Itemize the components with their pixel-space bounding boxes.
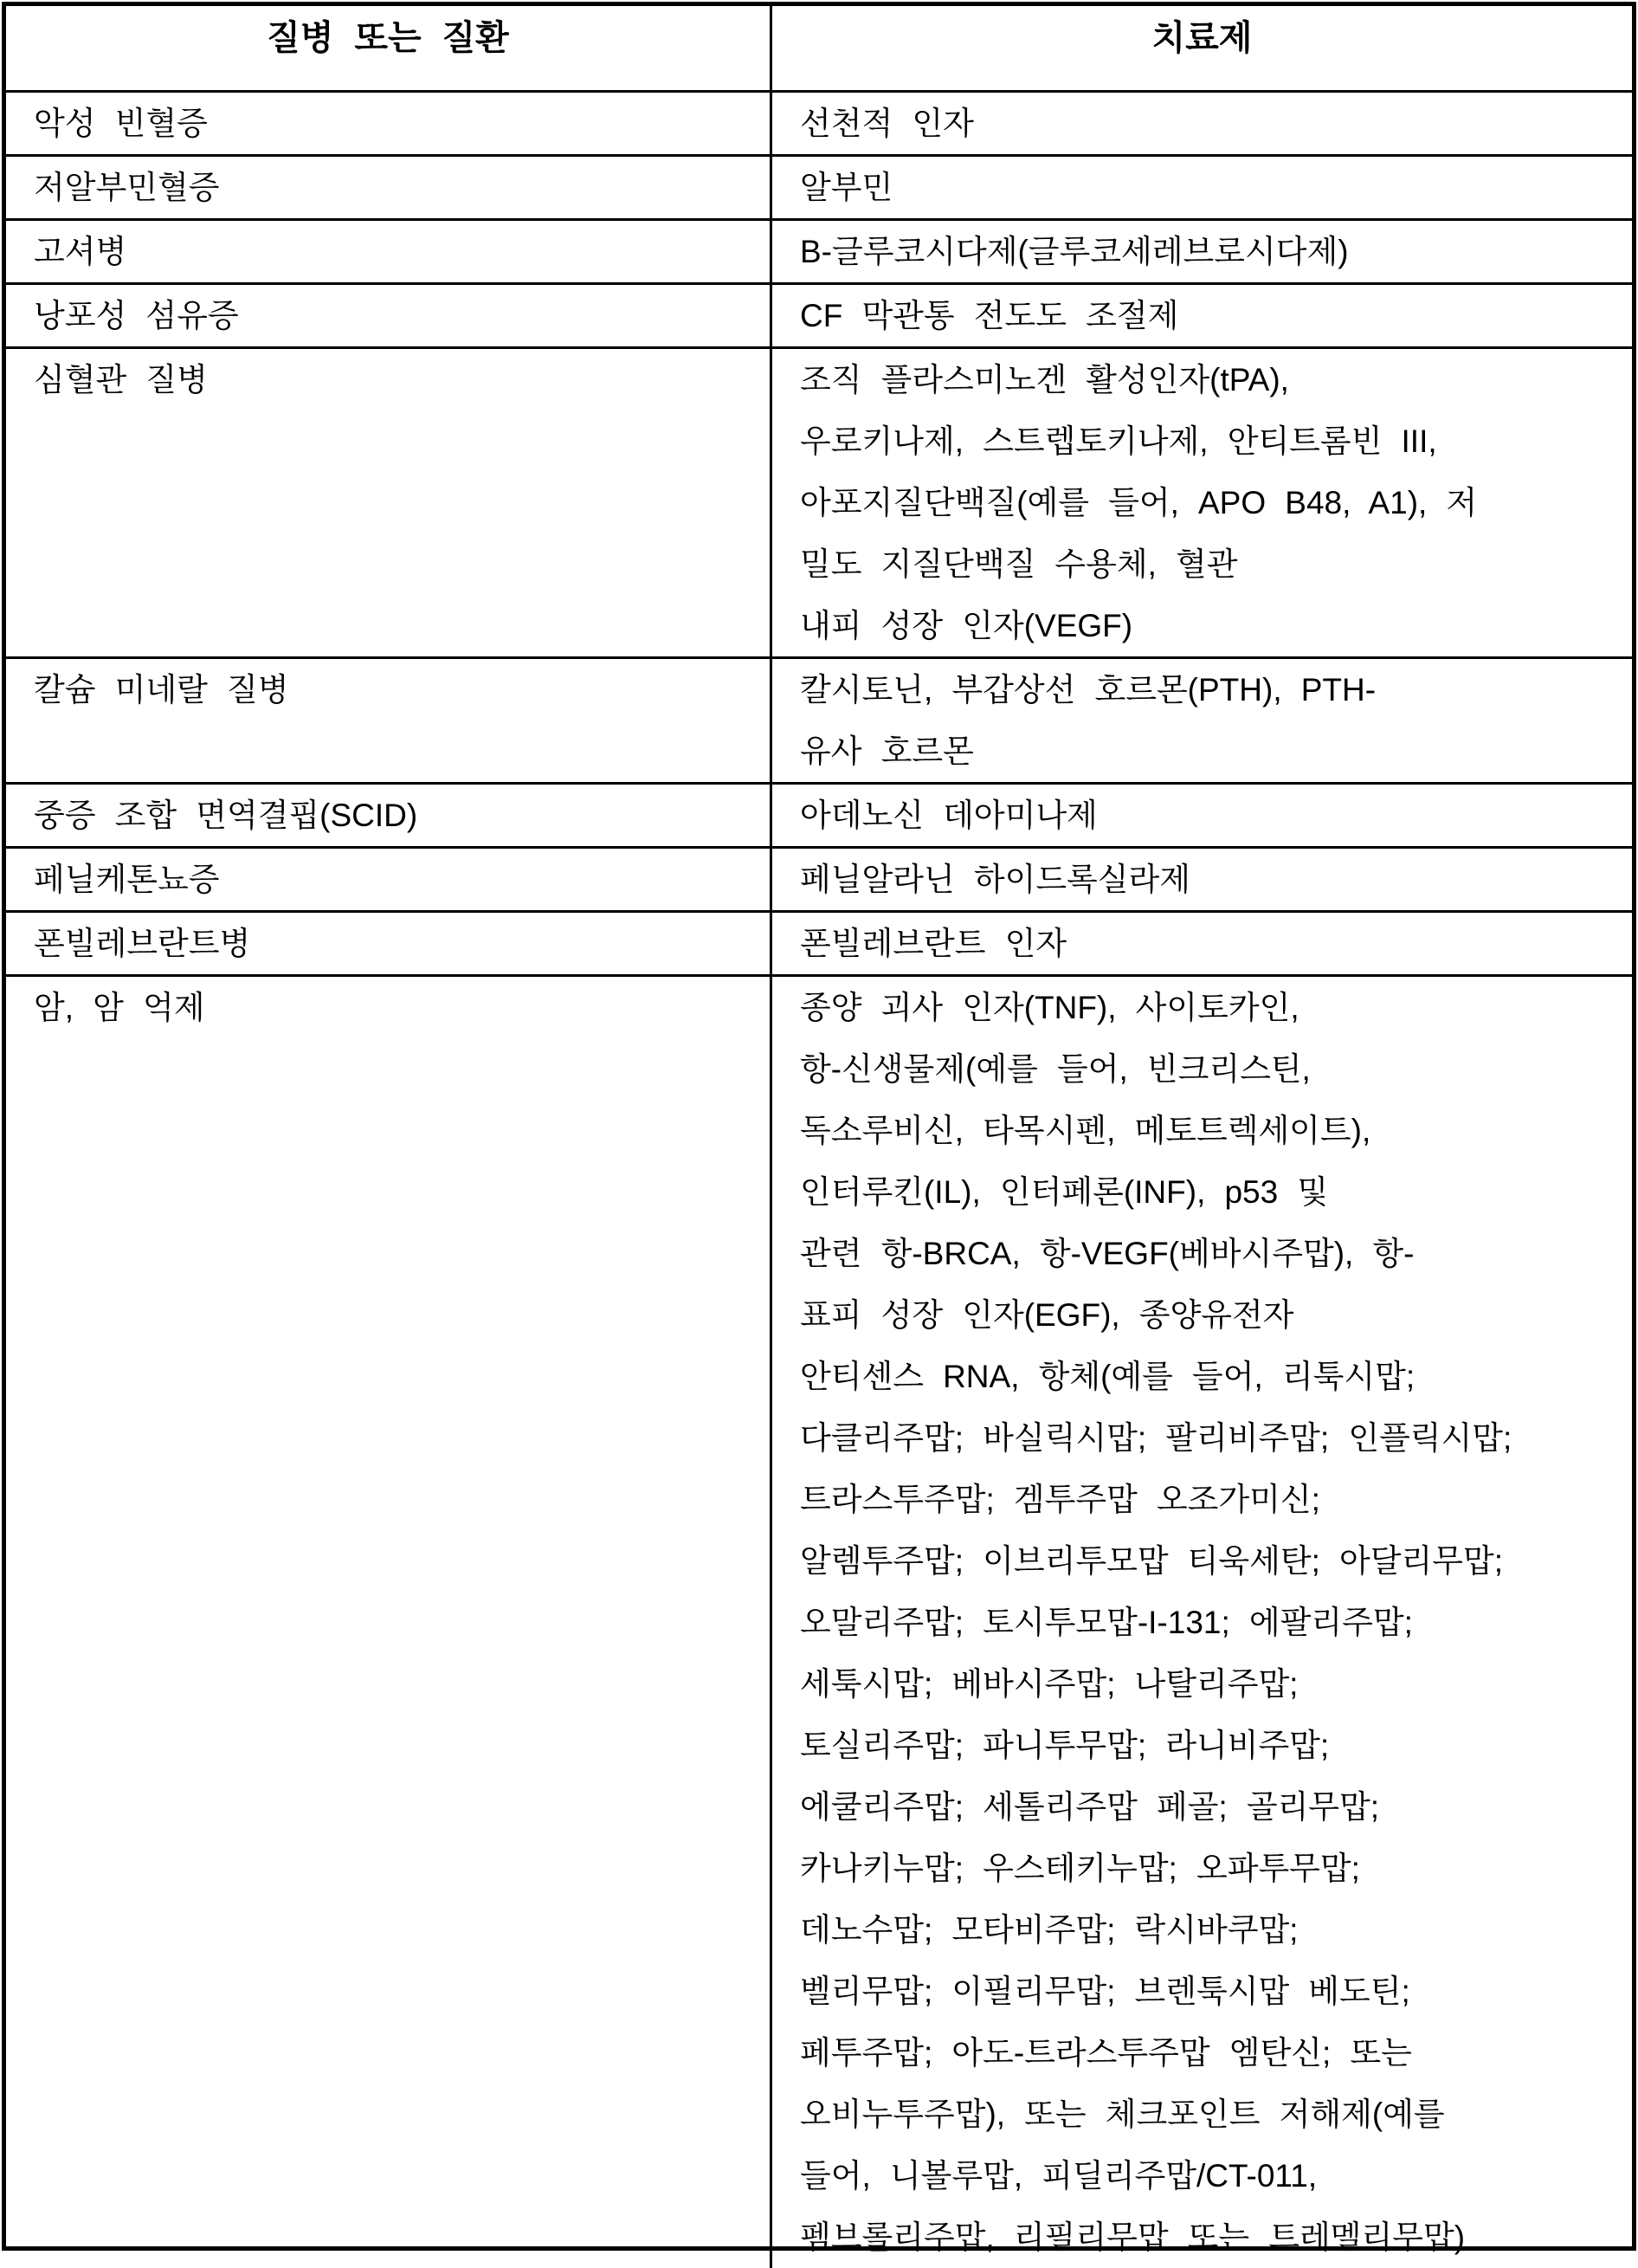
disease-label: 고셔병 bbox=[34, 221, 770, 282]
treatment-line: 아포지질단백질(예를 들어, APO B48, A1), 저 bbox=[800, 472, 1632, 533]
treatment-line: 들어, 니볼루맙, 피딜리주맙/CT-011, bbox=[800, 2145, 1632, 2207]
treatment-column-header: 치료제 bbox=[772, 13, 1632, 63]
treatment-line: 벨리무맙; 이필리무맙; 브렌툭시맙 베도틴; bbox=[800, 1961, 1632, 2022]
disease-treatment-table: 질병 또는 질환 치료제 악성 빈혈증 선천적 인자 저알부민혈증 알부민 고셔… bbox=[2, 2, 1636, 2251]
treatment-line: 오비누투주맙), 또는 체크포인트 저해제(예를 bbox=[800, 2084, 1632, 2145]
treatment-line: 페투주맙; 아도-트라스투주맙 엠탄신; 또는 bbox=[800, 2022, 1632, 2084]
table-row: 중증 조합 면역결핍(SCID) 아데노신 데아미나제 bbox=[6, 785, 1632, 849]
treatment-cell: 종양 괴사 인자(TNF), 사이토카인,항-신생물제(예를 들어, 빈크리스틴… bbox=[772, 977, 1632, 2268]
table-row: 폰빌레브란트병 폰빌레브란트 인자 bbox=[6, 913, 1632, 977]
treatment-line: 내피 성장 인자(VEGF) bbox=[800, 595, 1632, 656]
treatment-line: 폰빌레브란트 인자 bbox=[800, 913, 1632, 974]
disease-label: 중증 조합 면역결핍(SCID) bbox=[34, 785, 770, 846]
treatment-cell: 선천적 인자 bbox=[772, 93, 1632, 154]
treatment-line: 밀도 지질단백질 수용체, 혈관 bbox=[800, 533, 1632, 595]
disease-cell: 악성 빈혈증 bbox=[6, 93, 772, 154]
treatment-line: 펨브롤리주맙, 리필리무맙 또는 트레멜리무맙) bbox=[800, 2207, 1632, 2268]
treatment-cell: 칼시토닌, 부갑상선 호르몬(PTH), PTH-유사 호르몬 bbox=[772, 659, 1632, 782]
treatment-cell: B-글루코시다제(글루코세레브로시다제) bbox=[772, 221, 1632, 282]
table-row: 낭포성 섬유증 CF 막관통 전도도 조절제 bbox=[6, 285, 1632, 349]
treatment-line: 알부민 bbox=[800, 157, 1632, 218]
treatment-line: 오말리주맙; 토시투모맙-I-131; 에팔리주맙; bbox=[800, 1592, 1632, 1653]
treatment-cell: 아데노신 데아미나제 bbox=[772, 785, 1632, 846]
treatment-line: 표피 성장 인자(EGF), 종양유전자 bbox=[800, 1284, 1632, 1346]
disease-cell: 심혈관 질병 bbox=[6, 349, 772, 656]
treatment-line: 알렘투주맙; 이브리투모맙 티욱세탄; 아달리무맙; bbox=[800, 1530, 1632, 1592]
disease-column-header-cell: 질병 또는 질환 bbox=[6, 6, 772, 90]
disease-cell: 저알부민혈증 bbox=[6, 157, 772, 218]
table-row: 심혈관 질병 조직 플라스미노겐 활성인자(tPA),우로키나제, 스트렙토키나… bbox=[6, 349, 1632, 659]
treatment-line: 칼시토닌, 부갑상선 호르몬(PTH), PTH- bbox=[800, 659, 1632, 720]
table-row: 암, 암 억제 종양 괴사 인자(TNF), 사이토카인,항-신생물제(예를 들… bbox=[6, 977, 1632, 2268]
treatment-line: 다클리주맙; 바실릭시맙; 팔리비주맙; 인플릭시맙; bbox=[800, 1407, 1632, 1469]
treatment-cell: 조직 플라스미노겐 활성인자(tPA),우로키나제, 스트렙토키나제, 안티트롬… bbox=[772, 349, 1632, 656]
treatment-line: B-글루코시다제(글루코세레브로시다제) bbox=[800, 221, 1632, 282]
treatment-line: 종양 괴사 인자(TNF), 사이토카인, bbox=[800, 977, 1632, 1038]
treatment-line: 아데노신 데아미나제 bbox=[800, 785, 1632, 846]
treatment-column-header-cell: 치료제 bbox=[772, 6, 1632, 90]
treatment-line: 데노수맙; 모타비주맙; 락시바쿠맙; bbox=[800, 1899, 1632, 1961]
treatment-line: 우로키나제, 스트렙토키나제, 안티트롬빈 III, bbox=[800, 410, 1632, 472]
treatment-line: 트라스투주맙; 겜투주맙 오조가미신; bbox=[800, 1469, 1632, 1530]
treatment-line: 선천적 인자 bbox=[800, 93, 1632, 154]
document-page: 질병 또는 질환 치료제 악성 빈혈증 선천적 인자 저알부민혈증 알부민 고셔… bbox=[0, 0, 1638, 2252]
table-row: 칼슘 미네랄 질병 칼시토닌, 부갑상선 호르몬(PTH), PTH-유사 호르… bbox=[6, 659, 1632, 785]
disease-cell: 암, 암 억제 bbox=[6, 977, 772, 2268]
table-row: 악성 빈혈증 선천적 인자 bbox=[6, 93, 1632, 157]
disease-cell: 낭포성 섬유증 bbox=[6, 285, 772, 346]
disease-cell: 칼슘 미네랄 질병 bbox=[6, 659, 772, 782]
disease-cell: 페닐케톤뇨증 bbox=[6, 849, 772, 910]
treatment-line: 관련 항-BRCA, 항-VEGF(베바시주맙), 항- bbox=[800, 1223, 1632, 1284]
treatment-line: CF 막관통 전도도 조절제 bbox=[800, 285, 1632, 346]
treatment-line: 항-신생물제(예를 들어, 빈크리스틴, bbox=[800, 1038, 1632, 1100]
treatment-line: 인터루킨(IL), 인터페론(INF), p53 및 bbox=[800, 1161, 1632, 1223]
treatment-line: 에쿨리주맙; 세톨리주맙 페골; 골리무맙; bbox=[800, 1776, 1632, 1838]
treatment-cell: 폰빌레브란트 인자 bbox=[772, 913, 1632, 974]
treatment-line: 세툭시맙; 베바시주맙; 나탈리주맙; bbox=[800, 1653, 1632, 1715]
treatment-line: 조직 플라스미노겐 활성인자(tPA), bbox=[800, 349, 1632, 410]
disease-column-header: 질병 또는 질환 bbox=[6, 13, 770, 63]
treatment-line: 안티센스 RNA, 항체(예를 들어, 리툭시맙; bbox=[800, 1346, 1632, 1407]
disease-label: 페닐케톤뇨증 bbox=[34, 849, 770, 910]
treatment-cell: 페닐알라닌 하이드록실라제 bbox=[772, 849, 1632, 910]
disease-label: 악성 빈혈증 bbox=[34, 93, 770, 154]
disease-label: 암, 암 억제 bbox=[34, 977, 770, 1038]
disease-label: 칼슘 미네랄 질병 bbox=[34, 659, 770, 720]
disease-cell: 중증 조합 면역결핍(SCID) bbox=[6, 785, 772, 846]
disease-label: 심혈관 질병 bbox=[34, 349, 770, 410]
treatment-line: 유사 호르몬 bbox=[800, 720, 1632, 782]
table-row: 고셔병 B-글루코시다제(글루코세레브로시다제) bbox=[6, 221, 1632, 285]
disease-label: 폰빌레브란트병 bbox=[34, 913, 770, 974]
treatment-cell: 알부민 bbox=[772, 157, 1632, 218]
disease-cell: 고셔병 bbox=[6, 221, 772, 282]
disease-label: 저알부민혈증 bbox=[34, 157, 770, 218]
table-header-row: 질병 또는 질환 치료제 bbox=[6, 6, 1632, 93]
table-row: 페닐케톤뇨증 페닐알라닌 하이드록실라제 bbox=[6, 849, 1632, 913]
disease-cell: 폰빌레브란트병 bbox=[6, 913, 772, 974]
disease-label: 낭포성 섬유증 bbox=[34, 285, 770, 346]
treatment-line: 토실리주맙; 파니투무맙; 라니비주맙; bbox=[800, 1715, 1632, 1776]
treatment-line: 카나키누맙; 우스테키누맙; 오파투무맙; bbox=[800, 1838, 1632, 1899]
treatment-line: 독소루비신, 타목시펜, 메토트렉세이트), bbox=[800, 1100, 1632, 1161]
treatment-line: 페닐알라닌 하이드록실라제 bbox=[800, 849, 1632, 910]
treatment-cell: CF 막관통 전도도 조절제 bbox=[772, 285, 1632, 346]
table-row: 저알부민혈증 알부민 bbox=[6, 157, 1632, 221]
